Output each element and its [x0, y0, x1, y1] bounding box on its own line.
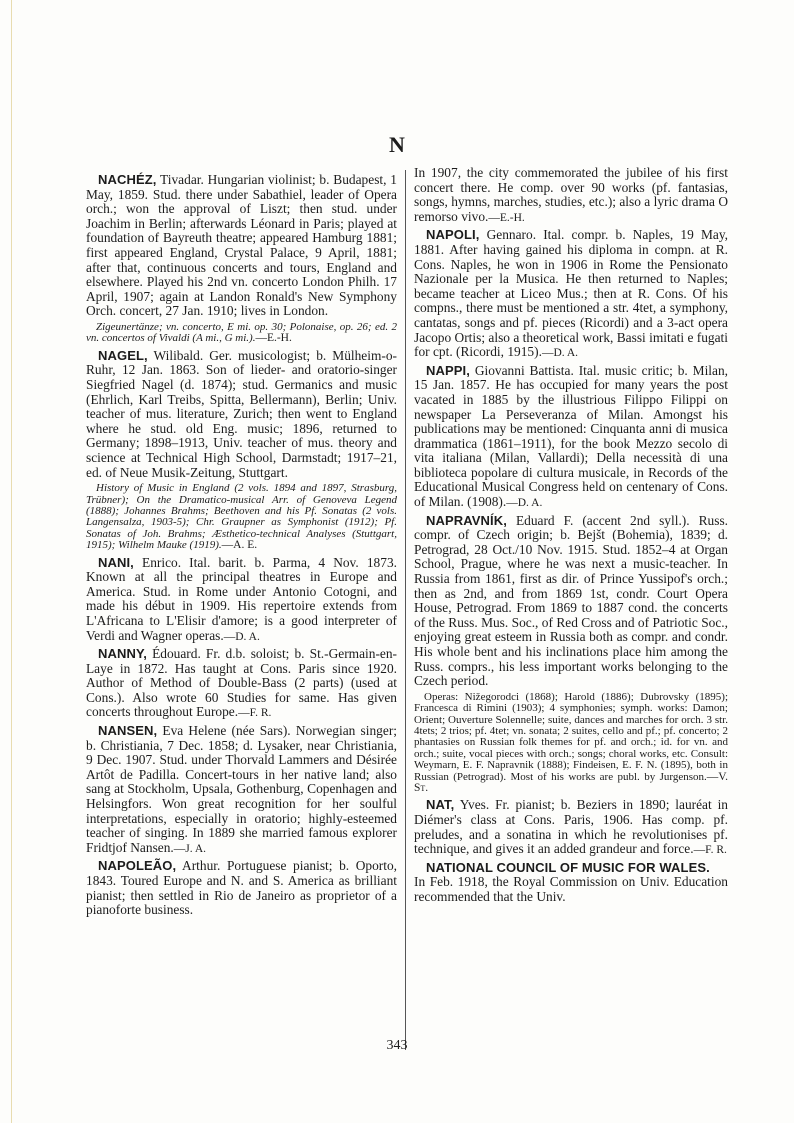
signature: —E.-H.: [488, 212, 524, 224]
works-text: Zigeunertänze; vn. concerto, E mi. op. 3…: [86, 321, 397, 344]
entry-text: In Feb. 1918, the Royal Commission on Un…: [414, 874, 728, 904]
entry-nat: NAT, Yves. Fr. pianist; b. Beziers in 18…: [414, 798, 728, 857]
page-edge: [11, 0, 12, 1123]
entry-text: Giovanni Battista. Ital. music critic; b…: [414, 363, 728, 509]
left-column: NACHÉZ, Tivadar. Hungarian violinist; b.…: [86, 173, 397, 921]
entry-text: Eva Helene (née Sars). Norwegian singer;…: [86, 723, 397, 855]
headword: NAPOLI,: [426, 227, 479, 242]
headword: NANSEN,: [98, 723, 157, 738]
signature: —F. R.: [238, 707, 271, 719]
entry-text: Wilibald. Ger. musicologist; b. Mülheim-…: [86, 348, 397, 480]
headword: NANNY,: [98, 646, 147, 661]
headword: NATIONAL COUNCIL OF MUSIC FOR WALES.: [426, 860, 710, 875]
entry-nappi: NAPPI, Giovanni Battista. Ital. music cr…: [414, 364, 728, 511]
entry-napoleao-continued: In 1907, the city commemorated the jubil…: [414, 166, 728, 225]
headword: NACHÉZ,: [98, 172, 156, 187]
section-letter: N: [0, 132, 794, 158]
entry-text: Tivadar. Hungarian violinist; b. Budapes…: [86, 172, 397, 318]
entry-nanny: NANNY, Édouard. Fr. d.b. soloist; b. St.…: [86, 647, 397, 721]
signature: —D. A.: [542, 347, 578, 359]
works-list: Zigeunertänze; vn. concerto, E mi. op. 3…: [86, 322, 397, 345]
entry-text: In 1907, the city commemorated the jubil…: [414, 165, 728, 224]
entry-napoli: NAPOLI, Gennaro. Ital. compr. b. Naples,…: [414, 228, 728, 360]
column-divider: [405, 170, 406, 1050]
works-list: Operas: Nižegorodci (1868); Harold (1886…: [414, 692, 728, 795]
signature: —J. A.: [174, 843, 206, 855]
headword: NAPPI,: [426, 363, 470, 378]
signature: —A. E.: [222, 539, 257, 551]
signature: —E.-H.: [255, 332, 291, 344]
headword: NAPRAVNÍK,: [426, 513, 507, 528]
entry-text: Yves. Fr. pianist; b. Beziers in 1890; l…: [414, 797, 728, 856]
entry-napravnik: NAPRAVNÍK, Eduard F. (accent 2nd syll.).…: [414, 514, 728, 689]
headword: NAGEL,: [98, 348, 148, 363]
works-list: History of Music in England (2 vols. 189…: [86, 483, 397, 551]
works-text: Operas: Nižegorodci (1868); Harold (1886…: [414, 691, 728, 783]
entry-nagel: NAGEL, Wilibald. Ger. musicologist; b. M…: [86, 349, 397, 480]
entry-naches: NACHÉZ, Tivadar. Hungarian violinist; b.…: [86, 173, 397, 319]
entry-nansen: NANSEN, Eva Helene (née Sars). Norwegian…: [86, 724, 397, 856]
page-number: 343: [0, 1038, 794, 1054]
entry-text: Gennaro. Ital. compr. b. Naples, 19 May,…: [414, 227, 728, 359]
headword: NAPOLEÃO,: [98, 858, 176, 873]
right-column: In 1907, the city commemorated the jubil…: [414, 166, 728, 908]
signature: —F. R.: [694, 844, 727, 856]
headword: NANI,: [98, 555, 134, 570]
headword: NAT,: [426, 797, 454, 812]
signature: —D. A.: [224, 631, 260, 643]
entry-national-council: NATIONAL COUNCIL OF MUSIC FOR WALES. In …: [414, 861, 728, 905]
signature: —D. A.: [506, 497, 542, 509]
entry-napoleao: NAPOLEÃO, Arthur. Portuguese pianist; b.…: [86, 859, 397, 917]
entry-nani: NANI, Enrico. Ital. barit. b. Parma, 4 N…: [86, 556, 397, 645]
entry-text: Eduard F. (accent 2nd syll.). Russ. comp…: [414, 513, 728, 689]
